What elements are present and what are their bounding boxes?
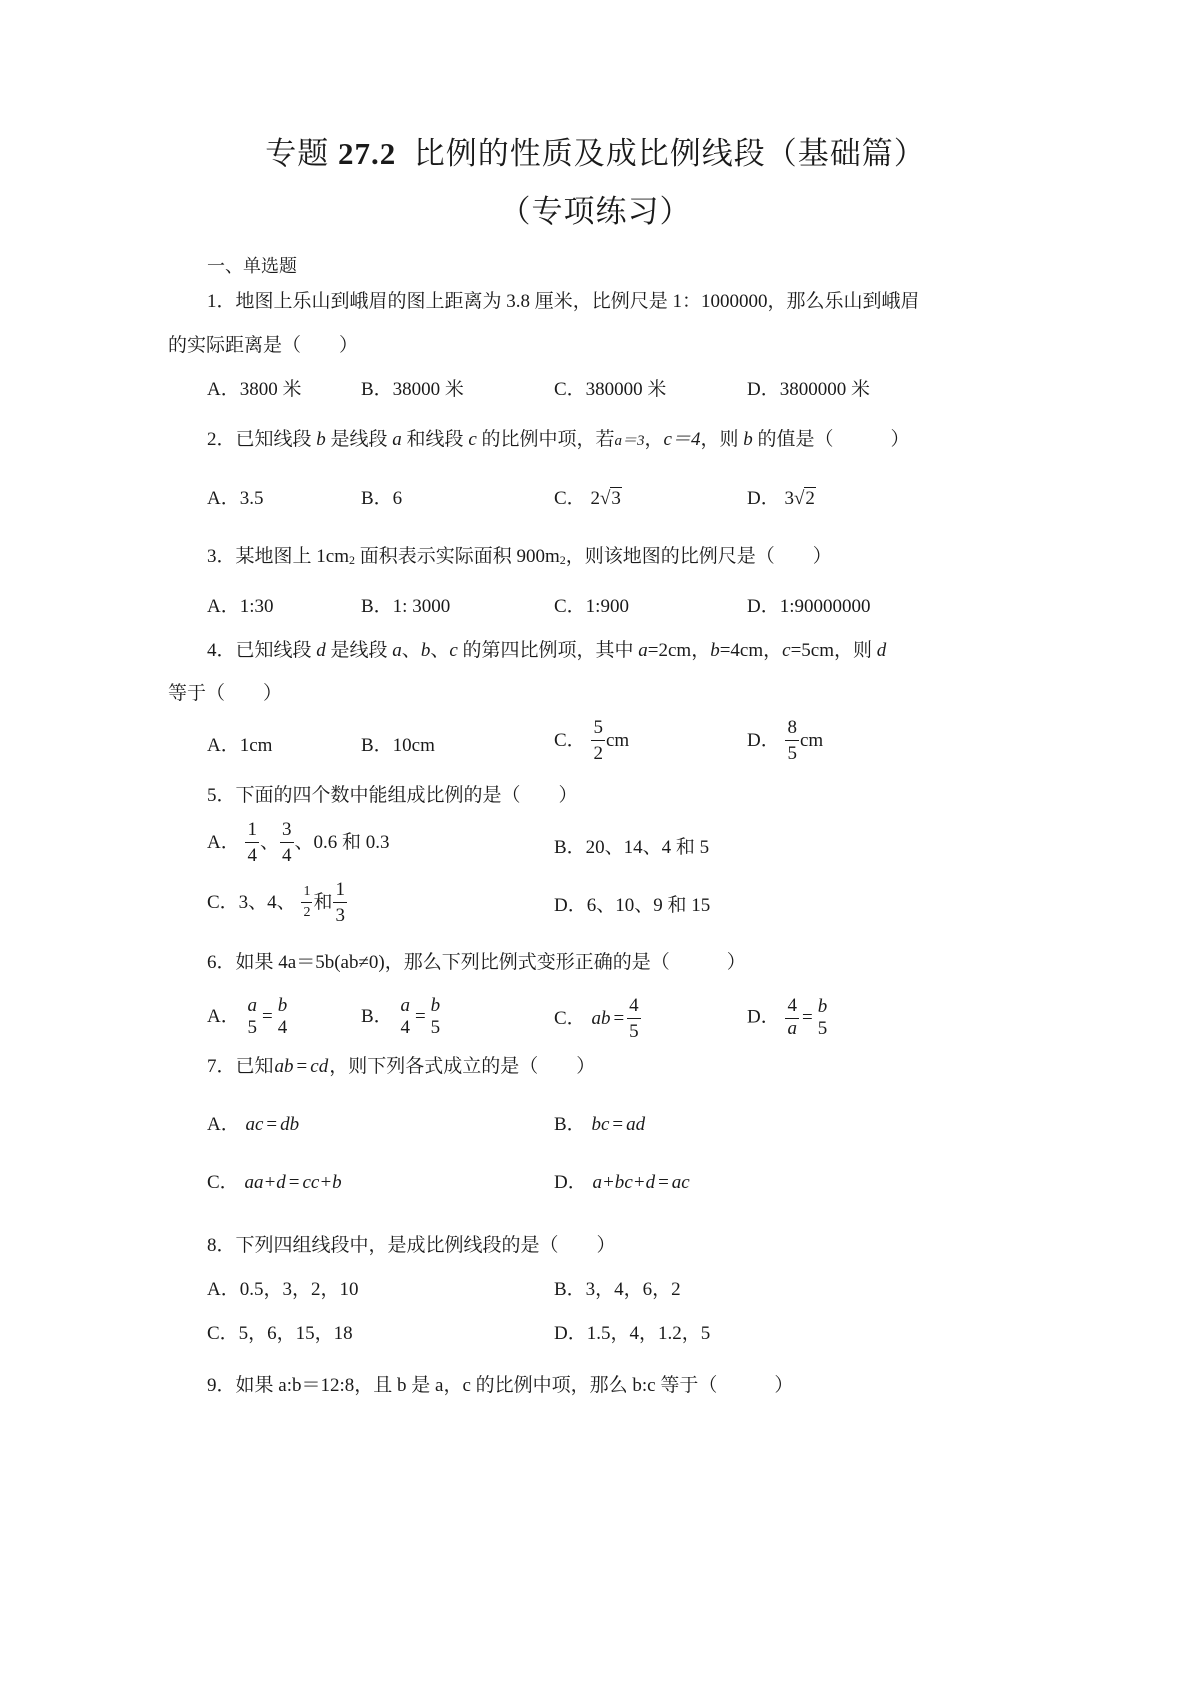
denominator: 5 — [627, 1019, 641, 1041]
denominator: 4 — [245, 843, 259, 865]
denominator: 2 — [301, 903, 312, 920]
fraction: 4a — [785, 996, 799, 1038]
numerator: b — [278, 995, 288, 1016]
question-number: 3． — [207, 546, 236, 567]
q6-option-b[interactable]: B． a4=b5 — [361, 996, 443, 1037]
option-text: 、0.6 和 0.3 — [295, 832, 390, 853]
radicand: 3 — [610, 487, 622, 509]
page-subtitle: （专项练习） — [0, 186, 1191, 231]
var: a — [392, 640, 402, 661]
equals-sign: = — [613, 1009, 624, 1028]
question-1-stem: 1．地图上乐山到峨眉的图上距离为 3.8 厘米，比例尺是 1：1000000，那… — [207, 292, 920, 311]
numerator: a — [400, 995, 410, 1016]
q2-option-a[interactable]: A．3.5 — [207, 489, 263, 508]
fraction: 13 — [333, 880, 347, 925]
var: b — [421, 640, 431, 661]
numerator: d — [280, 1114, 290, 1135]
sqrt-symbol: √2 — [794, 489, 816, 508]
option-label: D． — [554, 1172, 587, 1193]
fraction: db — [280, 1115, 299, 1134]
var: a — [638, 640, 648, 661]
denominator: b — [284, 1056, 294, 1077]
question-2-stem: 2．已知线段 b 是线段 a 和线段 c 的比例中项，若a＝3，c＝4，则 b … — [207, 430, 910, 449]
fraction: aa+d — [244, 1173, 285, 1192]
fraction: ac — [245, 1115, 263, 1134]
coef: 2 — [590, 488, 600, 509]
question-4-stem-cont: 等于（ ） — [168, 684, 282, 703]
option-label: D． — [747, 1007, 780, 1028]
equals-sign: = — [262, 1007, 273, 1026]
option-label: C． — [554, 1008, 586, 1029]
denominator: 4 — [280, 843, 294, 865]
option-label: C． — [554, 730, 586, 751]
question-1-stem-cont: 的实际距离是（ ） — [168, 336, 358, 355]
question-text: 地图上乐山到峨眉的图上距离为 3.8 厘米，比例尺是 1：1000000，那么乐… — [236, 291, 920, 312]
q1-option-d[interactable]: D．3800000 米 — [747, 380, 870, 399]
fraction: ad — [626, 1115, 645, 1134]
text: ，则 — [700, 429, 738, 450]
text: =2cm， — [648, 640, 710, 661]
title-number: 27.2 — [338, 136, 396, 171]
denominator: 4 — [276, 1015, 290, 1037]
option-label: C． — [554, 488, 586, 509]
numerator: c — [302, 1172, 310, 1193]
fraction: bc — [591, 1115, 609, 1134]
q3-option-b[interactable]: B．1: 3000 — [361, 597, 450, 616]
numerator: 5 — [591, 718, 605, 741]
fraction: ab — [591, 1009, 610, 1028]
var: c — [468, 429, 476, 450]
fraction: 52 — [591, 718, 605, 763]
equals-sign: = — [266, 1115, 277, 1134]
numerator: a — [626, 1114, 636, 1135]
q6-option-c[interactable]: C． ab=45 — [554, 996, 642, 1041]
q5-option-d[interactable]: D．6、10、9 和 15 — [554, 896, 710, 915]
question-5-stem: 5．下面的四个数中能组成比例的是（ ） — [207, 786, 578, 805]
numerator: 4 — [627, 996, 641, 1019]
q2-option-b[interactable]: B．6 — [361, 489, 402, 508]
text: 和线段 — [407, 429, 464, 450]
text: ，则下列各式成立的是（ ） — [329, 1056, 595, 1077]
equals-sign: = — [802, 1008, 813, 1027]
text: ，则该地图的比例尺是（ ） — [566, 546, 832, 567]
fraction: b5 — [816, 997, 830, 1038]
var: b — [743, 429, 753, 450]
fraction: b5 — [429, 996, 443, 1037]
q8-option-c[interactable]: C．5，6，15，18 — [207, 1324, 353, 1343]
q7-option-b[interactable]: B． bc=ad — [554, 1114, 646, 1134]
q8-option-d[interactable]: D．1.5，4，1.2，5 — [554, 1324, 710, 1343]
q7-option-c[interactable]: C． aa+d=cc+b — [207, 1172, 343, 1192]
var: d — [316, 640, 326, 661]
denominator: 3 — [333, 903, 347, 925]
denominator: 5 — [245, 1015, 259, 1037]
question-number: 8． — [207, 1235, 236, 1256]
numerator: 1 — [301, 885, 312, 903]
numerator: b — [591, 1114, 601, 1135]
q3-option-a[interactable]: A．1:30 — [207, 597, 274, 616]
option-label: A． — [207, 832, 240, 853]
unit: cm — [800, 730, 823, 751]
equals-sign: = — [289, 1173, 300, 1192]
text: 已知线段 — [236, 640, 312, 661]
fraction: 85 — [785, 718, 799, 763]
fraction: ac — [672, 1173, 690, 1192]
fraction: b4 — [276, 996, 290, 1037]
sqrt-symbol: √3 — [600, 489, 622, 508]
numerator: 1 — [333, 880, 347, 903]
text: 和 — [313, 892, 332, 913]
q8-option-b[interactable]: B．3，4，6，2 — [554, 1280, 681, 1299]
q3-option-d[interactable]: D．1:90000000 — [747, 597, 871, 616]
question-number: 9． — [207, 1375, 236, 1396]
coef: 3 — [784, 488, 794, 509]
text: 是线段 — [331, 640, 388, 661]
numerator: 8 — [785, 718, 799, 741]
numerator: a — [275, 1056, 285, 1077]
option-label: C． — [207, 1172, 239, 1193]
q5-option-c[interactable]: C．3、4、 12和13 — [207, 880, 348, 925]
fraction: ab — [275, 1057, 294, 1076]
question-number: 4． — [207, 640, 236, 661]
title-prefix: 专题 — [265, 136, 329, 171]
question-number: 1． — [207, 291, 236, 312]
numerator: a — [591, 1008, 601, 1029]
q8-option-a[interactable]: A．0.5，3，2，10 — [207, 1280, 358, 1299]
var: c — [782, 640, 790, 661]
q7-option-d[interactable]: D． a+bc+d=ac — [554, 1172, 691, 1192]
text: 已知线段 — [236, 429, 312, 450]
option-label: D． — [747, 488, 780, 509]
q4-option-b[interactable]: B．10cm — [361, 736, 435, 755]
q1-option-a[interactable]: A．3800 米 — [207, 380, 301, 399]
equals-sign: = — [658, 1173, 669, 1192]
denominator: 5 — [429, 1015, 443, 1037]
condition: c＝4 — [664, 429, 701, 450]
text: 的比例中项，若 — [482, 429, 615, 450]
section-heading: 一、单选题 — [207, 257, 297, 275]
numerator: a — [672, 1172, 682, 1193]
text: =4cm， — [720, 640, 782, 661]
equals-sign: = — [297, 1057, 308, 1076]
denominator: d — [319, 1056, 329, 1077]
fraction: a4 — [398, 996, 412, 1037]
question-9-stem: 9．如果 a:b＝12:8，且 b 是 a，c 的比例中项，那么 b:c 等于（… — [207, 1376, 793, 1395]
var: c — [449, 640, 457, 661]
numerator: a — [244, 1172, 254, 1193]
fraction: 34 — [280, 820, 294, 865]
numerator: a — [245, 1114, 255, 1135]
question-6-stem: 6．如果 4a＝5b(ab≠0)，那么下列比例式变形正确的是（ ） — [207, 953, 746, 972]
option-label: A． — [207, 1114, 240, 1135]
q6-option-d[interactable]: D． 4a=b5 — [747, 996, 830, 1038]
denominator: c — [255, 1114, 263, 1135]
text: 某地图上 1cm — [236, 546, 349, 567]
denominator: 4 — [398, 1015, 412, 1037]
q5-option-b[interactable]: B．20、14、4 和 5 — [554, 838, 709, 857]
q3-option-c[interactable]: C．1:900 — [554, 597, 629, 616]
denominator: d — [636, 1114, 646, 1135]
numerator: 1 — [245, 820, 259, 843]
fraction: 12 — [301, 885, 312, 920]
option-label: B． — [554, 1114, 586, 1135]
q4-option-d[interactable]: D． 85cm — [747, 718, 823, 763]
fraction: 14 — [245, 820, 259, 865]
denominator: c+b — [311, 1172, 342, 1193]
question-number: 2． — [207, 429, 236, 450]
question-text: 如果 a:b＝12:8，且 b 是 a，c 的比例中项，那么 b:c 等于（ ） — [236, 1375, 794, 1396]
radicand: 2 — [804, 487, 816, 509]
question-number: 5． — [207, 785, 236, 806]
question-3-stem: 3．某地图上 1cm2 面积表示实际面积 900m2，则该地图的比例尺是（ ） — [207, 547, 832, 566]
question-text: 如果 4a＝5b(ab≠0)，那么下列比例式变形正确的是（ ） — [236, 952, 746, 973]
condition: a＝3 — [615, 433, 645, 449]
denominator: b — [601, 1008, 611, 1029]
text: 的第四比例项，其中 — [463, 640, 634, 661]
question-number: 7． — [207, 1056, 236, 1077]
question-7-stem: 7．已知ab=cd，则下列各式成立的是（ ） — [207, 1056, 595, 1076]
denominator: c+d — [624, 1172, 655, 1193]
text: 是线段 — [331, 429, 388, 450]
unit: cm — [606, 730, 629, 751]
denominator: c — [601, 1114, 609, 1135]
q4-option-c[interactable]: C． 52cm — [554, 718, 629, 763]
q2-option-d[interactable]: D． 3√2 — [747, 489, 816, 508]
option-label: D． — [747, 730, 780, 751]
fraction: cc+b — [302, 1173, 341, 1192]
text: =5cm，则 — [791, 640, 872, 661]
numerator: a — [247, 995, 257, 1016]
var: b — [316, 429, 326, 450]
question-4-stem: 4．已知线段 d 是线段 a、b、c 的第四比例项，其中 a=2cm，b=4cm… — [207, 641, 886, 660]
text: 面积表示实际面积 900m — [355, 546, 560, 567]
fraction: a+bc+d — [592, 1173, 655, 1192]
option-label: B． — [361, 1006, 393, 1027]
denominator: a+d — [254, 1172, 286, 1193]
fraction: 45 — [627, 996, 641, 1041]
worksheet-page: 专题 27.2 比例的性质及成比例线段（基础篇） （专项练习） 一、单选题 1．… — [0, 0, 1191, 1684]
q7-option-a[interactable]: A． ac=db — [207, 1114, 300, 1134]
denominator: 5 — [816, 1016, 830, 1038]
q5-option-a[interactable]: A． 14、34、0.6 和 0.3 — [207, 820, 390, 865]
equals-sign: = — [612, 1115, 623, 1134]
equals-sign: = — [415, 1007, 426, 1026]
fraction: a5 — [245, 996, 259, 1037]
numerator: c — [310, 1056, 318, 1077]
numerator: a+b — [592, 1172, 624, 1193]
title-main: 比例的性质及成比例线段（基础篇） — [414, 136, 926, 171]
q1-option-c[interactable]: C．380000 米 — [554, 380, 666, 399]
denominator: 2 — [591, 741, 605, 763]
option-label: A． — [207, 1006, 240, 1027]
var: a — [392, 429, 402, 450]
page-title: 专题 27.2 比例的性质及成比例线段（基础篇） — [0, 128, 1191, 173]
numerator: 4 — [785, 996, 799, 1019]
q2-option-c[interactable]: C． 2√3 — [554, 489, 622, 508]
q4-option-a[interactable]: A．1cm — [207, 736, 272, 755]
question-text: 下列四组线段中，是成比例线段的是（ ） — [236, 1235, 616, 1256]
denominator: c — [681, 1172, 689, 1193]
question-8-stem: 8．下列四组线段中，是成比例线段的是（ ） — [207, 1236, 616, 1255]
denominator: 5 — [785, 741, 799, 763]
var: d — [877, 640, 887, 661]
numerator: b — [431, 995, 441, 1016]
text: 的值是（ ） — [758, 429, 910, 450]
numerator: 3 — [280, 820, 294, 843]
denominator: b — [290, 1114, 300, 1135]
q6-option-a[interactable]: A． a5=b4 — [207, 996, 290, 1037]
text: 已知 — [236, 1056, 274, 1077]
var: b — [710, 640, 720, 661]
numerator: b — [818, 996, 828, 1017]
text: ， — [645, 429, 664, 450]
q1-option-b[interactable]: B．38000 米 — [361, 380, 464, 399]
denominator: a — [787, 1018, 797, 1039]
fraction: cd — [310, 1057, 328, 1076]
option-label: C．3、4、 — [207, 892, 296, 913]
question-text: 下面的四个数中能组成比例的是（ ） — [236, 785, 578, 806]
question-number: 6． — [207, 952, 236, 973]
